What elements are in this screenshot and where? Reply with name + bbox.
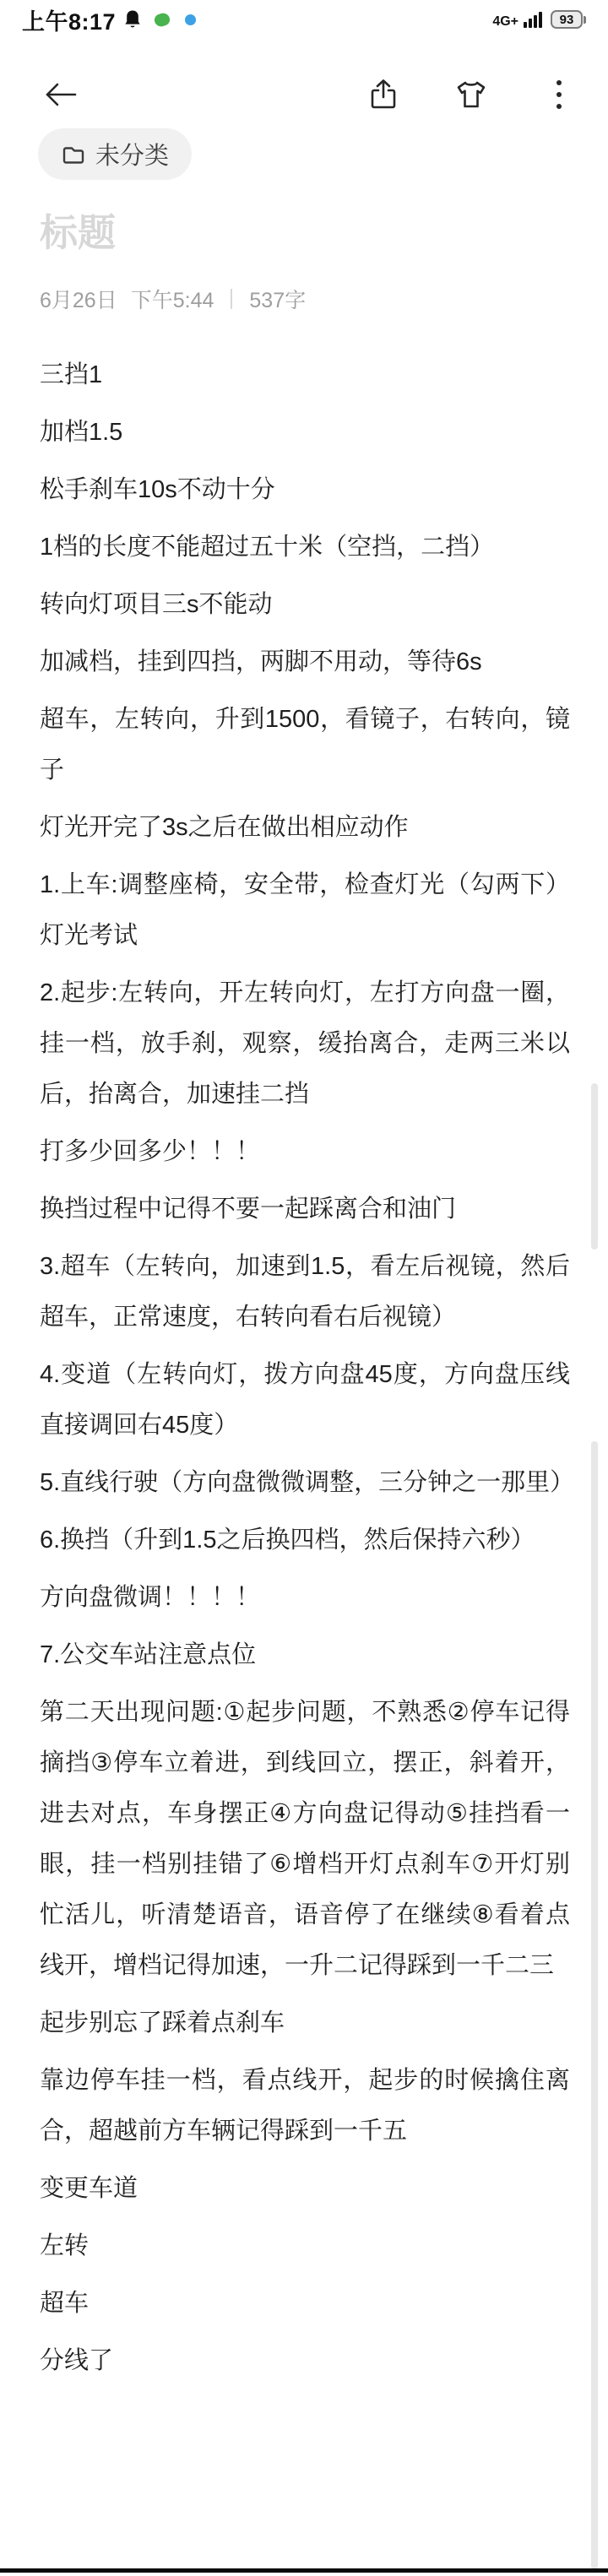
signal-bars-icon <box>522 11 542 28</box>
note-paragraph[interactable]: 7.公交车站注意点位 <box>40 1630 570 1680</box>
category-label: 未分类 <box>95 137 169 171</box>
note-paragraph[interactable]: 左转 <box>40 2221 570 2271</box>
note-paragraph[interactable]: 第二天出现问题:①起步问题，不熟悉②停车记得摘挡③停车立着进，到线回立，摆正，斜… <box>40 1687 570 1991</box>
note-paragraph[interactable]: 起步别忘了踩着点刹车 <box>40 1998 570 2048</box>
share-icon <box>369 79 398 111</box>
nav-bar <box>0 71 608 118</box>
status-bar: 上午8:17 4G+ 93 <box>0 0 608 39</box>
note-date: 6月26日 <box>40 284 117 314</box>
note-paragraph[interactable]: 超车 <box>40 2278 570 2329</box>
scrollbar-thumb[interactable] <box>591 1441 598 2569</box>
note-paragraph[interactable]: 3.超车（左转向，加速到1.5，看左后视镜，然后超车，正常速度，右转向看右后视镜… <box>40 1241 570 1342</box>
note-paragraph[interactable]: 灯光开完了3s之后在做出相应动作 <box>40 802 570 853</box>
note-paragraph[interactable]: 2.起步:左转向，开左转向灯，左打方向盘一圈，挂一档，放手刹，观察，缓抬离合，走… <box>40 968 570 1120</box>
gesture-bar[interactable] <box>0 2568 608 2573</box>
note-paragraph[interactable]: 加档1.5 <box>40 407 570 458</box>
more-vertical-icon <box>555 78 563 111</box>
note-paragraph[interactable]: 分线了 <box>40 2335 570 2386</box>
note-paragraph[interactable]: 松手刹车10s不动十分 <box>40 464 570 515</box>
word-count: 537字 <box>249 284 306 314</box>
note-meta: 6月26日 下午5:44 537字 <box>40 284 306 314</box>
note-paragraph[interactable]: 1.上车:调整座椅，安全带，检查灯光（勾两下）灯光考试 <box>40 860 570 961</box>
running-app-indicator-icon <box>153 11 171 28</box>
note-paragraph[interactable]: 5.直线行驶（方向盘微微调整，三分钟之一那里） <box>40 1457 570 1508</box>
tshirt-icon <box>455 80 487 109</box>
note-paragraph[interactable]: 转向灯项目三s不能动 <box>40 579 570 630</box>
note-paragraph[interactable]: 三挡1 <box>40 350 570 400</box>
scrollbar-thumb[interactable] <box>591 1083 598 1250</box>
note-paragraph[interactable]: 超车，左转向，升到1500，看镜子，右转向，镜子 <box>40 694 570 795</box>
meta-divider <box>231 289 232 309</box>
battery-nub <box>584 16 586 24</box>
network-type-label: 4G+ <box>492 15 518 29</box>
note-paragraph[interactable]: 4.变道（左转向灯，拨方向盘45度，方向盘压线直接调回右45度） <box>40 1349 570 1451</box>
note-paragraph[interactable]: 变更车道 <box>40 2163 570 2214</box>
note-paragraph[interactable]: 方向盘微调！！！！ <box>40 1572 570 1623</box>
note-paragraph[interactable]: 打多少回多少！！！ <box>40 1126 570 1177</box>
note-body[interactable]: 三挡1加档1.5松手刹车10s不动十分1档的长度不能超过五十米（空挡，二挡）转向… <box>40 350 570 2393</box>
note-editor-screen: 上午8:17 4G+ 93 <box>0 0 608 2576</box>
share-button[interactable] <box>366 76 400 113</box>
category-chip[interactable]: 未分类 <box>38 128 192 180</box>
note-paragraph[interactable]: 1档的长度不能超过五十米（空挡，二挡） <box>40 522 570 572</box>
note-paragraph[interactable]: 加减档，挂到四挡，两脚不用动，等待6s <box>40 637 570 687</box>
notification-dot-icon <box>185 14 196 25</box>
battery-percent: 93 <box>551 10 583 29</box>
note-paragraph[interactable]: 6.换挡（升到1.5之后换四档，然后保持六秒） <box>40 1515 570 1565</box>
battery-indicator: 93 <box>551 10 586 29</box>
theme-button[interactable] <box>454 76 488 113</box>
more-button[interactable] <box>542 76 576 113</box>
note-paragraph[interactable]: 靠边停车挂一档，看点线开，起步的时候擒住离合，超越前方车辆记得踩到一千五 <box>40 2055 570 2156</box>
note-paragraph[interactable]: 换挡过程中记得不要一起踩离合和油门 <box>40 1184 570 1234</box>
notification-bell-icon <box>122 8 143 30</box>
back-arrow-icon <box>44 82 78 107</box>
back-button[interactable] <box>44 76 78 113</box>
note-time: 下午5:44 <box>131 284 214 314</box>
title-input[interactable]: 标题 <box>40 209 568 257</box>
folder-icon <box>61 144 86 165</box>
status-time: 上午8:17 <box>22 3 116 36</box>
